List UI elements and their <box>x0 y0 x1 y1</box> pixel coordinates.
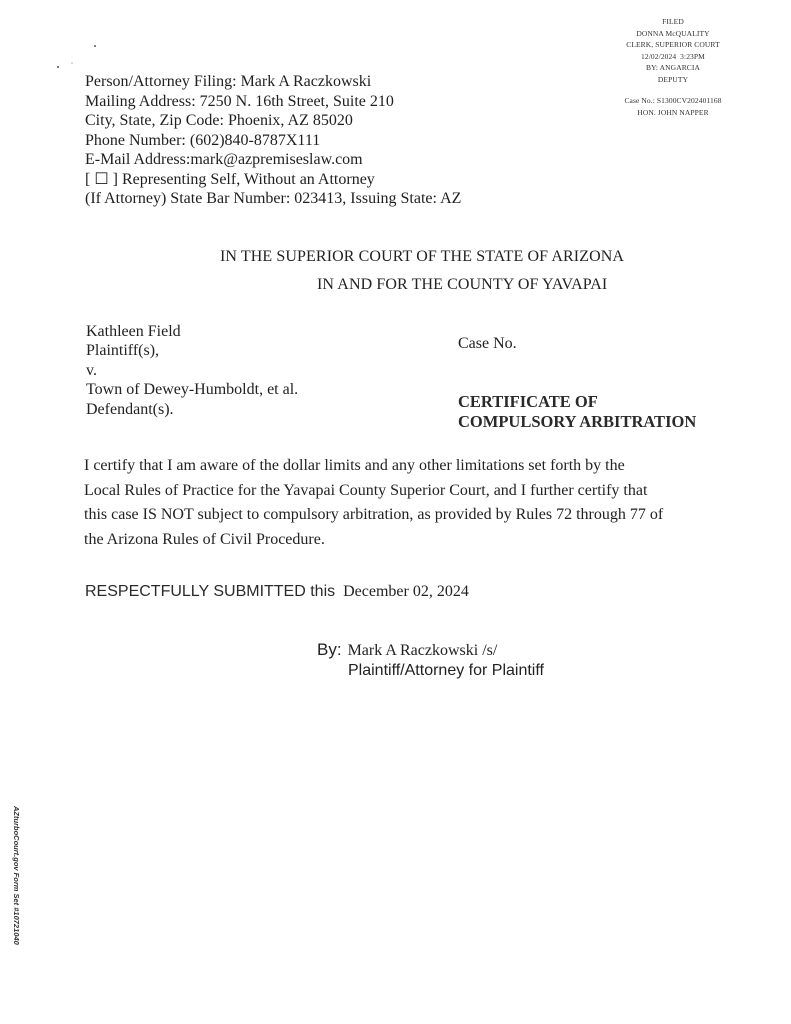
self-representation-label: Representing Self, Without an Attorney <box>122 171 375 188</box>
self-representation-checkbox: [ ☐ ] <box>85 171 118 188</box>
scan-speck <box>71 62 73 64</box>
paragraph-line: I certify that I am aware of the dollar … <box>84 454 724 479</box>
certification-paragraph: I certify that I am aware of the dollar … <box>84 454 724 552</box>
phone-number: (602)840-8787X111 <box>190 132 320 149</box>
signature-name: Mark A Raczkowski /s/ <box>348 642 498 659</box>
filer-name-row: Person/Attorney Filing: Mark A Raczkowsk… <box>85 72 461 92</box>
county-heading: IN AND FOR THE COUNTY OF YAVAPAI <box>317 276 607 294</box>
submission-date: December 02, 2024 <box>343 583 469 600</box>
email-row: E-Mail Address:mark@azpremiseslaw.com <box>85 150 461 170</box>
mailing-address-row: Mailing Address: 7250 N. 16th Street, Su… <box>85 92 461 112</box>
stamp-datetime: 12/02/2024 3:23PM <box>598 51 748 63</box>
phone-row: Phone Number: (602)840-8787X111 <box>85 131 461 151</box>
self-representation-row: [ ☐ ] Representing Self, Without an Atto… <box>85 170 461 190</box>
signature-by-label: By: <box>317 640 342 659</box>
filing-stamp: FILED DONNA McQUALITY CLERK, SUPERIOR CO… <box>598 16 748 118</box>
stamp-by: BY: ANGARCIA <box>598 62 748 74</box>
case-parties: Kathleen Field Plaintiff(s), v. Town of … <box>86 322 298 419</box>
document-title-line-2: COMPULSORY ARBITRATION <box>458 412 696 432</box>
city-state-zip: Phoenix, AZ 85020 <box>228 112 353 129</box>
case-number-label: Case No. <box>458 335 517 353</box>
paragraph-line: this case IS NOT subject to compulsory a… <box>84 503 724 528</box>
plaintiff-label: Plaintiff(s), <box>86 341 298 360</box>
document-title-line-1: CERTIFICATE OF <box>458 392 696 412</box>
filer-name: Mark A Raczkowski <box>241 73 372 90</box>
plaintiff-name: Kathleen Field <box>86 322 298 341</box>
court-heading: IN THE SUPERIOR COURT OF THE STATE OF AR… <box>220 248 624 266</box>
paragraph-line: the Arizona Rules of Civil Procedure. <box>84 528 724 553</box>
defendant-name: Town of Dewey-Humboldt, et al. <box>86 380 298 399</box>
form-set-id: AZturboCourt.gov Form Set #10721040 <box>12 806 21 945</box>
city-state-zip-label: City, State, Zip Code: <box>85 112 224 129</box>
scan-speck <box>57 66 59 68</box>
stamp-case-number: Case No.: S1300CV202401168 <box>598 95 748 107</box>
scan-speck <box>94 45 96 47</box>
stamp-judge: HON. JOHN NAPPER <box>598 107 748 119</box>
paragraph-line: Local Rules of Practice for the Yavapai … <box>84 479 724 504</box>
phone-label: Phone Number: <box>85 132 186 149</box>
mailing-address-label: Mailing Address: <box>85 93 196 110</box>
bar-number-label: (If Attorney) State Bar Number: <box>85 190 290 207</box>
mailing-address: 7250 N. 16th Street, Suite 210 <box>200 93 394 110</box>
versus: v. <box>86 361 298 380</box>
stamp-role: DEPUTY <box>598 74 748 86</box>
email-address: mark@azpremiseslaw.com <box>190 151 362 168</box>
stamp-clerk-name: DONNA McQUALITY <box>598 28 748 40</box>
bar-number: 023413, Issuing State: AZ <box>294 190 461 207</box>
city-state-zip-row: City, State, Zip Code: Phoenix, AZ 85020 <box>85 111 461 131</box>
stamp-clerk-title: CLERK, SUPERIOR COURT <box>598 39 748 51</box>
submission-line: RESPECTFULLY SUBMITTED this December 02,… <box>85 583 469 601</box>
signature-role: Plaintiff/Attorney for Plaintiff <box>348 662 544 680</box>
filer-name-label: Person/Attorney Filing: <box>85 73 237 90</box>
document-title: CERTIFICATE OF COMPULSORY ARBITRATION <box>458 392 696 431</box>
stamp-status: FILED <box>598 16 748 28</box>
signature-line: By: Mark A Raczkowski /s/ <box>317 640 497 660</box>
submission-label: RESPECTFULLY SUBMITTED this <box>85 583 335 600</box>
email-label: E-Mail Address: <box>85 151 190 168</box>
bar-number-row: (If Attorney) State Bar Number: 023413, … <box>85 189 461 209</box>
defendant-label: Defendant(s). <box>86 400 298 419</box>
filer-info: Person/Attorney Filing: Mark A Raczkowsk… <box>85 72 461 209</box>
